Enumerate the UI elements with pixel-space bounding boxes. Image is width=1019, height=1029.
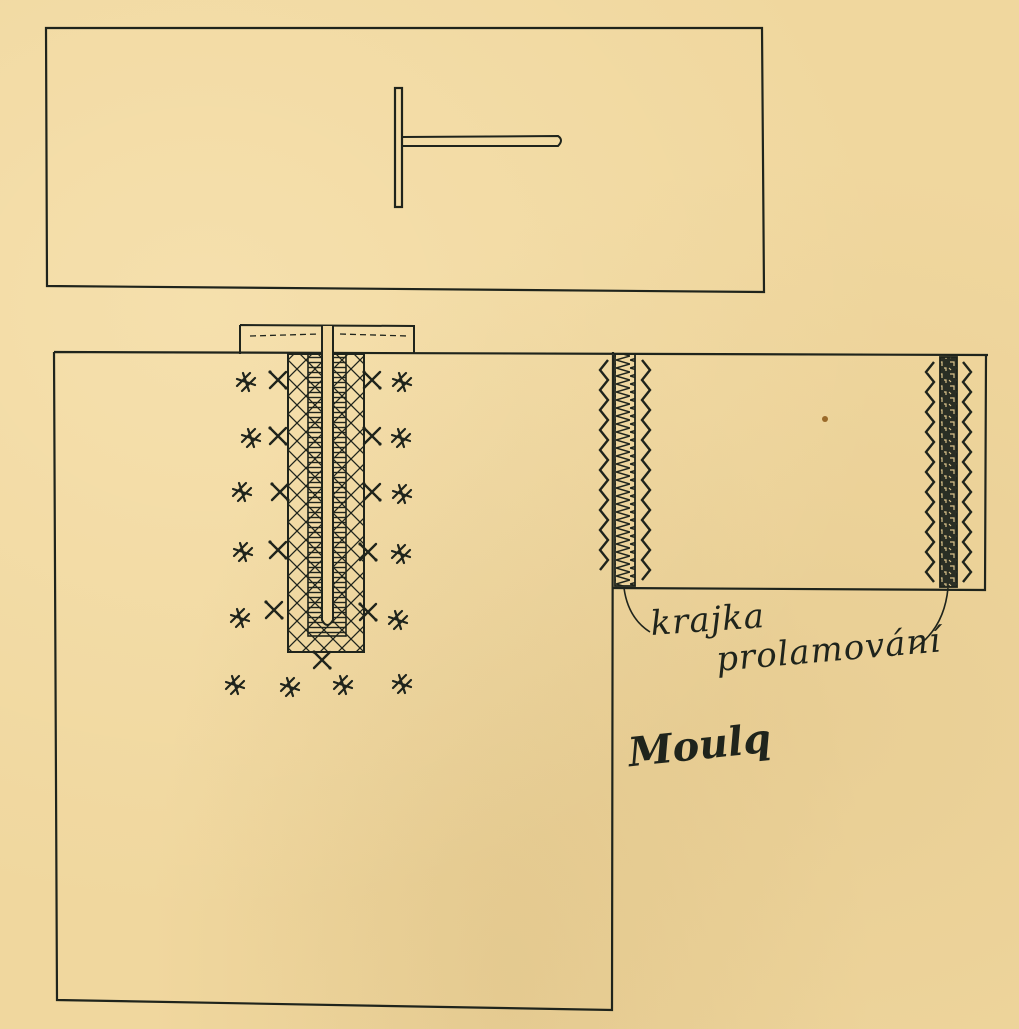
collar-piece [46, 28, 764, 292]
sleeve [600, 354, 986, 590]
pattern-drawing [0, 0, 1019, 1029]
